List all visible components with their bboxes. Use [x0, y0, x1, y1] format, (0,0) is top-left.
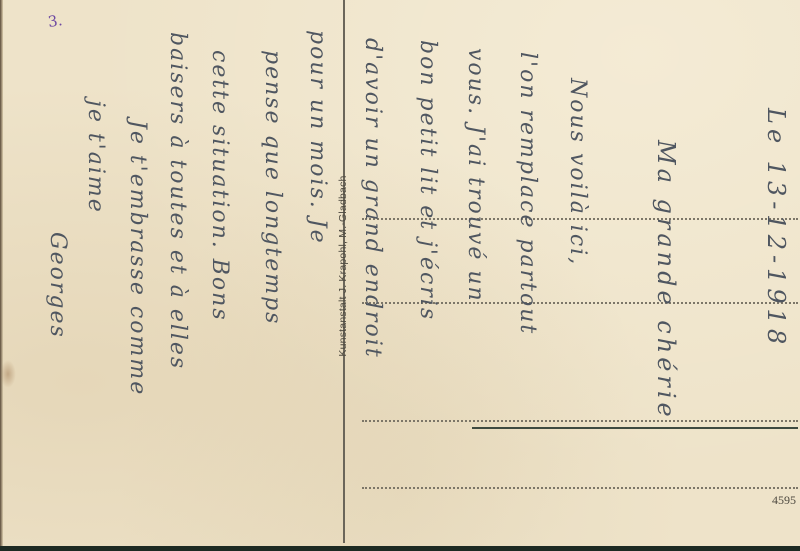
- address-line-3: [362, 420, 798, 422]
- handwritten-line: bon petit lit et j'écris: [415, 40, 440, 321]
- printer-imprint: Kunstanstalt J. Krapohl, M.-Gladbach: [337, 175, 349, 356]
- address-line-solid: [472, 427, 798, 429]
- card-edge: [0, 0, 3, 546]
- handwritten-line: je t'aime: [83, 100, 108, 214]
- handwritten-line: vous. J'ai trouvé un: [463, 48, 488, 303]
- postcard-back: 3. Kunstanstalt J. Krapohl, M.-Gladbach …: [0, 0, 800, 546]
- handwritten-line: baisers à toutes et à elles: [165, 32, 190, 370]
- handwritten-line: Je t'embrasse comme: [125, 120, 150, 396]
- handwritten-line: l'on remplace partout: [515, 52, 540, 335]
- scan-border: [0, 546, 800, 551]
- corner-stamp-mark: 3.: [47, 11, 64, 31]
- handwritten-greeting: Ma grande chérie: [652, 140, 680, 421]
- handwritten-line: pense que longtemps: [260, 50, 285, 325]
- address-line-4: [362, 487, 798, 489]
- handwritten-line: d'avoir un grand endroit: [360, 38, 385, 359]
- handwritten-line: Nous voilà ici,: [565, 78, 590, 266]
- paper-stain: [0, 360, 16, 388]
- handwritten-line: pour un mois. Je: [305, 30, 330, 245]
- handwritten-date: Le 13-12-1918: [762, 108, 790, 349]
- handwritten-signature: Georges: [45, 232, 70, 339]
- handwritten-line: cette situation. Bons: [207, 50, 232, 322]
- catalog-number: 4595: [772, 493, 796, 508]
